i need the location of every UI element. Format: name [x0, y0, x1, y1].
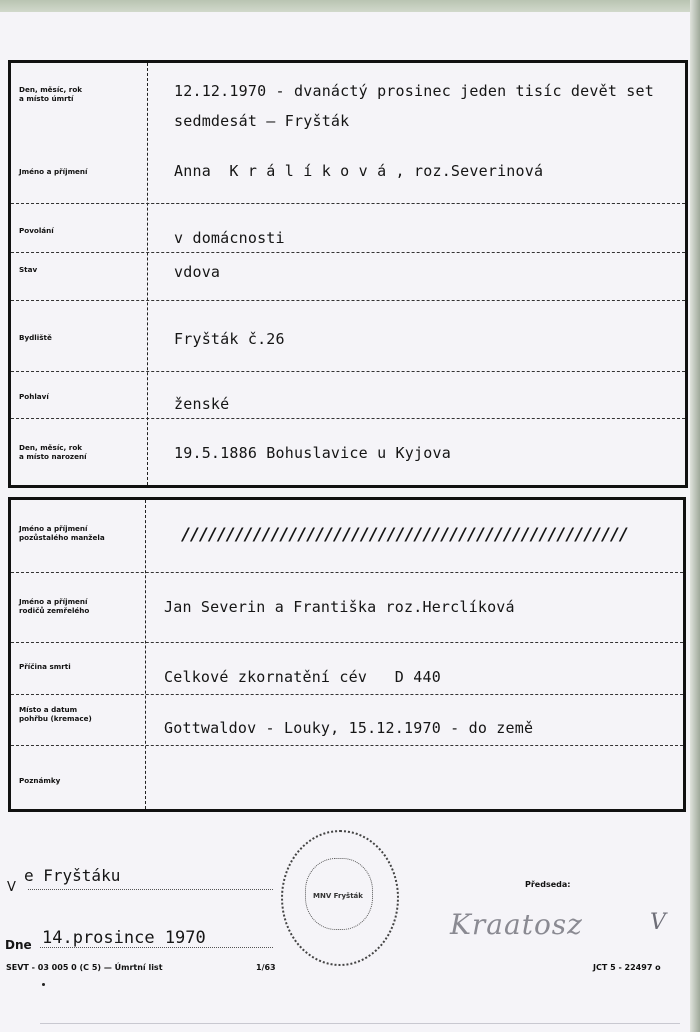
value-birth-date-place: 19.5.1886 Bohuslavice u Kyjova — [174, 439, 675, 468]
label-spouse: Jméno a příjmení pozůstalého manžela — [19, 524, 143, 542]
row-sex: Pohlaví ženské — [11, 372, 685, 419]
row-birth-date-place: Den, měsíc, rok a místo narození 19.5.18… — [11, 419, 685, 485]
value-marital-status: vdova — [174, 258, 675, 287]
date-line — [40, 947, 273, 948]
value-burial: Gottwaldov - Louky, 15.12.1970 - do země — [164, 714, 673, 743]
print-code: JCT 5 - 22497 o — [593, 963, 661, 972]
label-burial: Místo a datum pohřbu (kremace) — [19, 705, 143, 723]
row-residence: Bydliště Fryšták č.26 — [11, 301, 685, 372]
label-parents: Jméno a příjmení rodičů zemřelého — [19, 597, 143, 615]
value-cause-of-death: Celkové zkornatění cév D 440 — [164, 663, 673, 692]
form-code: SEVT - 03 005 0 (C 5) — Úmrtní list — [6, 963, 163, 972]
label-name: Jméno a příjmení — [19, 167, 143, 176]
value-occupation: v domácnosti — [174, 224, 675, 253]
value-spouse-crossed-out: ////////////////////////////////////////… — [181, 521, 673, 550]
ink-dot — [42, 983, 45, 986]
label-occupation: Povolání — [19, 226, 143, 235]
form-version: 1/63 — [256, 963, 276, 972]
row-cause-of-death: Příčina smrti Celkové zkornatění cév D 4… — [11, 643, 683, 695]
row-name: Jméno a příjmení Anna K r á l í k o v á … — [11, 143, 685, 204]
relatives-burial-section: Jméno a příjmení pozůstalého manžela ///… — [8, 497, 686, 812]
label-birth-date-place: Den, měsíc, rok a místo narození — [19, 443, 143, 461]
value-residence: Fryšták č.26 — [174, 325, 675, 354]
label-marital-status: Stav — [19, 265, 143, 274]
page-crease — [40, 1022, 680, 1024]
label-sex: Pohlaví — [19, 392, 143, 401]
place-line — [28, 889, 273, 890]
label-notes: Poznámky — [19, 776, 143, 785]
date-prefix: Dne — [5, 938, 32, 952]
place-prefix: V — [7, 880, 16, 895]
value-name: Anna K r á l í k o v á , roz.Severinová — [174, 157, 675, 186]
chairman-label: Předseda: — [525, 880, 570, 889]
official-stamp: MNV Fryšták — [281, 830, 399, 966]
row-marital-status: Stav vdova — [11, 253, 685, 301]
value-parents: Jan Severin a Františka roz.Herclíková — [164, 593, 673, 622]
chairman-signature: Kraatosz — [450, 908, 583, 941]
label-cause-of-death: Příčina smrti — [19, 662, 143, 671]
row-burial: Místo a datum pohřbu (kremace) Gottwaldo… — [11, 695, 683, 746]
row-parents: Jméno a příjmení rodičů zemřelého Jan Se… — [11, 573, 683, 643]
row-occupation: Povolání v domácnosti — [11, 204, 685, 253]
death-record-section: Den, měsíc, rok a místo úmrtí 12.12.1970… — [8, 60, 688, 488]
signature-mark: V — [650, 910, 666, 935]
label-residence: Bydliště — [19, 333, 143, 342]
date-value: 14.prosince 1970 — [42, 928, 206, 948]
value-sex: ženské — [174, 390, 675, 419]
stamp-text: MNV Fryšták — [313, 892, 363, 900]
place-value: e Fryštáku — [24, 866, 120, 885]
scan-edge-right — [690, 0, 700, 1032]
row-spouse: Jméno a příjmení pozůstalého manžela ///… — [11, 500, 683, 573]
row-notes: Poznámky — [11, 746, 683, 809]
